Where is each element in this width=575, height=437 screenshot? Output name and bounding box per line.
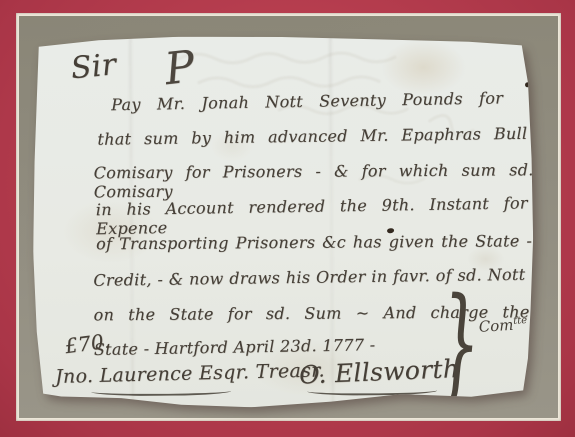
framed-manuscript-photo: { "frame": { "outer_mat_color": "#b73e4f… [0,0,575,437]
manuscript-line-5: of Transporting Prisoners &c has given t… [96,231,532,253]
committee-label: Comtte [478,315,528,336]
salutation: Sir [69,47,117,86]
pay-initial-flourish: P [162,41,197,95]
ink-blot-right-edge [525,82,530,87]
committee-brace: } [438,281,480,405]
committee-superscript: tte [513,315,528,327]
manuscript-paper: Sir P Pay Mr. Jonah Nott Seventy Pounds … [29,28,538,416]
paper-shadow-wrap: Sir P Pay Mr. Jonah Nott Seventy Pounds … [0,0,575,437]
committee-base: Com [478,316,514,336]
